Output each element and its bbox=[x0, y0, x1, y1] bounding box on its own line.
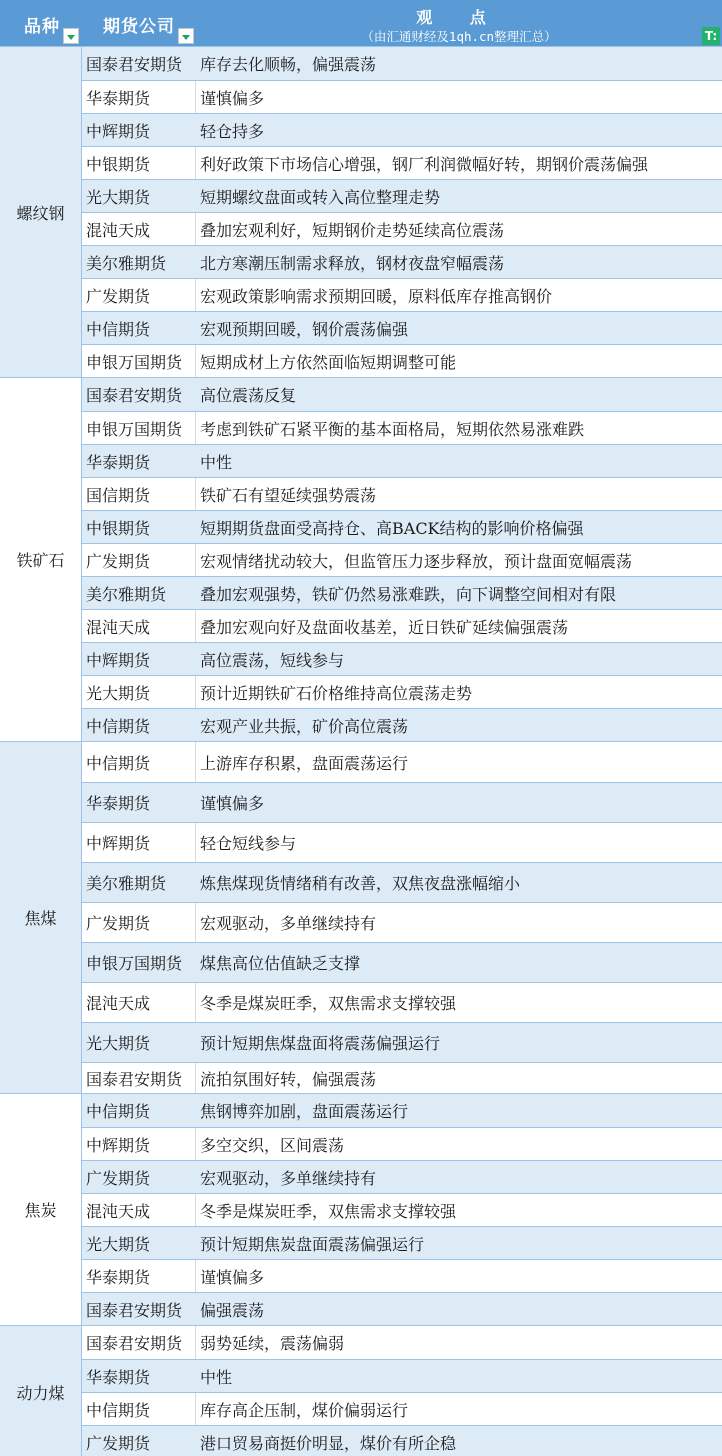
category-group: 动力煤国泰君安期货弱势延续，震荡偏弱华泰期货中性中信期货库存高企压制，煤价偏弱运… bbox=[0, 1326, 722, 1456]
table-row: 混沌天成叠加宏观向好及盘面收基差，近日铁矿延续偏强震荡 bbox=[82, 609, 722, 642]
filter-icon[interactable]: T: bbox=[702, 27, 720, 45]
view-cell[interactable]: 高位震荡反复 bbox=[196, 378, 722, 411]
category-filter-dropdown[interactable] bbox=[63, 28, 79, 44]
table-row: 华泰期货中性 bbox=[82, 444, 722, 477]
view-cell[interactable]: 多空交织，区间震荡 bbox=[196, 1128, 722, 1160]
header-view-label: 观 点 bbox=[196, 5, 722, 28]
category-cell[interactable]: 螺纹钢 bbox=[0, 47, 82, 377]
view-cell[interactable]: 轻仓短线参与 bbox=[196, 823, 722, 862]
company-cell[interactable]: 中信期货 bbox=[82, 709, 196, 741]
view-cell[interactable]: 北方寒潮压制需求释放，钢材夜盘窄幅震荡 bbox=[196, 246, 722, 278]
company-cell[interactable]: 中信期货 bbox=[82, 1094, 196, 1127]
table-row: 国信期货铁矿石有望延续强势震荡 bbox=[82, 477, 722, 510]
view-cell[interactable]: 叠加宏观利好，短期钢价走势延续高位震荡 bbox=[196, 213, 722, 245]
company-cell[interactable]: 美尔雅期货 bbox=[82, 863, 196, 902]
company-cell[interactable]: 光大期货 bbox=[82, 1023, 196, 1062]
category-cell[interactable]: 铁矿石 bbox=[0, 378, 82, 741]
table-row: 混沌天成冬季是煤炭旺季，双焦需求支撑较强 bbox=[82, 982, 722, 1022]
company-cell[interactable]: 国泰君安期货 bbox=[82, 1326, 196, 1359]
view-cell[interactable]: 宏观预期回暖，钢价震荡偏强 bbox=[196, 312, 722, 344]
table-row: 国泰君安期货流拍氛围好转，偏强震荡 bbox=[82, 1062, 722, 1093]
company-cell[interactable]: 美尔雅期货 bbox=[82, 246, 196, 278]
view-cell[interactable]: 宏观驱动，多单继续持有 bbox=[196, 1161, 722, 1193]
view-cell[interactable]: 轻仓持多 bbox=[196, 114, 722, 146]
view-cell[interactable]: 冬季是煤炭旺季，双焦需求支撑较强 bbox=[196, 1194, 722, 1226]
company-cell[interactable]: 国泰君安期货 bbox=[82, 1293, 196, 1325]
view-cell[interactable]: 短期期货盘面受高持仓、高BACK结构的影响价格偏强 bbox=[196, 511, 722, 543]
table-row: 中信期货上游库存积累，盘面震荡运行 bbox=[82, 742, 722, 782]
table-row: 华泰期货中性 bbox=[82, 1359, 722, 1392]
category-group: 焦炭中信期货焦钢博弈加剧，盘面震荡运行中辉期货多空交织，区间震荡广发期货宏观驱动… bbox=[0, 1094, 722, 1326]
view-cell[interactable]: 上游库存积累，盘面震荡运行 bbox=[196, 742, 722, 782]
company-cell[interactable]: 华泰期货 bbox=[82, 783, 196, 822]
view-cell[interactable]: 考虑到铁矿石紧平衡的基本面格局，短期依然易涨难跌 bbox=[196, 412, 722, 444]
header-row: 品种 期货公司 观 点 （由汇通财经及1qh.cn整理汇总） T: bbox=[0, 0, 722, 47]
table-row: 混沌天成叠加宏观利好，短期钢价走势延续高位震荡 bbox=[82, 212, 722, 245]
spreadsheet: 品种 期货公司 观 点 （由汇通财经及1qh.cn整理汇总） T: 螺纹钢国泰君… bbox=[0, 0, 722, 1456]
company-cell[interactable]: 广发期货 bbox=[82, 279, 196, 311]
table-row: 申银万国期货煤焦高位估值缺乏支撑 bbox=[82, 942, 722, 982]
category-group: 铁矿石国泰君安期货高位震荡反复申银万国期货考虑到铁矿石紧平衡的基本面格局，短期依… bbox=[0, 378, 722, 742]
category-cell[interactable]: 焦煤 bbox=[0, 742, 82, 1093]
view-cell[interactable]: 短期成材上方依然面临短期调整可能 bbox=[196, 345, 722, 377]
company-cell[interactable]: 国信期货 bbox=[82, 478, 196, 510]
view-cell[interactable]: 预计短期焦煤盘面将震荡偏强运行 bbox=[196, 1023, 722, 1062]
company-cell[interactable]: 广发期货 bbox=[82, 903, 196, 942]
table-row: 中辉期货轻仓短线参与 bbox=[82, 822, 722, 862]
table-row: 国泰君安期货偏强震荡 bbox=[82, 1292, 722, 1325]
view-cell[interactable]: 冬季是煤炭旺季，双焦需求支撑较强 bbox=[196, 983, 722, 1022]
company-cell[interactable]: 中银期货 bbox=[82, 147, 196, 179]
table-row: 光大期货预计短期焦煤盘面将震荡偏强运行 bbox=[82, 1022, 722, 1062]
view-cell[interactable]: 煤焦高位估值缺乏支撑 bbox=[196, 943, 722, 982]
company-cell[interactable]: 中辉期货 bbox=[82, 1128, 196, 1160]
table-body: 螺纹钢国泰君安期货库存去化顺畅，偏强震荡华泰期货谨慎偏多中辉期货轻仓持多中银期货… bbox=[0, 47, 722, 1456]
view-cell[interactable]: 宏观产业共振，矿价高位震荡 bbox=[196, 709, 722, 741]
category-group: 焦煤中信期货上游库存积累，盘面震荡运行华泰期货谨慎偏多中辉期货轻仓短线参与美尔雅… bbox=[0, 742, 722, 1094]
company-cell[interactable]: 光大期货 bbox=[82, 180, 196, 212]
table-row: 光大期货预计短期焦炭盘面震荡偏强运行 bbox=[82, 1226, 722, 1259]
table-row: 中银期货短期期货盘面受高持仓、高BACK结构的影响价格偏强 bbox=[82, 510, 722, 543]
table-row: 广发期货宏观政策影响需求预期回暖，原料低库存推高钢价 bbox=[82, 278, 722, 311]
table-row: 国泰君安期货库存去化顺畅，偏强震荡 bbox=[82, 47, 722, 80]
table-row: 光大期货短期螺纹盘面或转入高位整理走势 bbox=[82, 179, 722, 212]
table-row: 美尔雅期货叠加宏观强势，铁矿仍然易涨难跌，向下调整空间相对有限 bbox=[82, 576, 722, 609]
company-cell[interactable]: 申银万国期货 bbox=[82, 412, 196, 444]
view-cell[interactable]: 库存去化顺畅，偏强震荡 bbox=[196, 47, 722, 80]
header-view-source: （由汇通财经及1qh.cn整理汇总） bbox=[196, 27, 722, 45]
table-row: 美尔雅期货炼焦煤现货情绪稍有改善，双焦夜盘涨幅缩小 bbox=[82, 862, 722, 902]
table-row: 广发期货宏观驱动，多单继续持有 bbox=[82, 1160, 722, 1193]
view-cell[interactable]: 预计近期铁矿石价格维持高位震荡走势 bbox=[196, 676, 722, 708]
view-cell[interactable]: 谨慎偏多 bbox=[196, 783, 722, 822]
view-cell[interactable]: 炼焦煤现货情绪稍有改善，双焦夜盘涨幅缩小 bbox=[196, 863, 722, 902]
view-cell[interactable]: 铁矿石有望延续强势震荡 bbox=[196, 478, 722, 510]
company-cell[interactable]: 国泰君安期货 bbox=[82, 1063, 196, 1093]
view-cell[interactable]: 宏观情绪扰动较大，但监管压力逐步释放，预计盘面宽幅震荡 bbox=[196, 544, 722, 576]
header-view[interactable]: 观 点 （由汇通财经及1qh.cn整理汇总） bbox=[196, 0, 722, 46]
table-row: 广发期货宏观驱动，多单继续持有 bbox=[82, 902, 722, 942]
company-cell[interactable]: 华泰期货 bbox=[82, 1360, 196, 1392]
company-filter-dropdown[interactable] bbox=[178, 28, 194, 44]
view-cell[interactable]: 叠加宏观强势，铁矿仍然易涨难跌，向下调整空间相对有限 bbox=[196, 577, 722, 609]
company-cell[interactable]: 混沌天成 bbox=[82, 610, 196, 642]
table-row: 中辉期货轻仓持多 bbox=[82, 113, 722, 146]
company-cell[interactable]: 中银期货 bbox=[82, 511, 196, 543]
table-row: 中信期货宏观产业共振，矿价高位震荡 bbox=[82, 708, 722, 741]
company-cell[interactable]: 华泰期货 bbox=[82, 1260, 196, 1292]
company-cell[interactable]: 中信期货 bbox=[82, 312, 196, 344]
view-cell[interactable]: 谨慎偏多 bbox=[196, 81, 722, 113]
header-company-label: 期货公司 bbox=[103, 12, 175, 37]
company-cell[interactable]: 申银万国期货 bbox=[82, 345, 196, 377]
table-row: 申银万国期货考虑到铁矿石紧平衡的基本面格局，短期依然易涨难跌 bbox=[82, 411, 722, 444]
chevron-down-icon bbox=[182, 35, 190, 40]
company-cell[interactable]: 申银万国期货 bbox=[82, 943, 196, 982]
table-row: 申银万国期货短期成材上方依然面临短期调整可能 bbox=[82, 344, 722, 377]
table-row: 华泰期货谨慎偏多 bbox=[82, 1259, 722, 1292]
view-cell[interactable]: 谨慎偏多 bbox=[196, 1260, 722, 1292]
view-cell[interactable]: 高位震荡，短线参与 bbox=[196, 643, 722, 675]
company-cell[interactable]: 中信期货 bbox=[82, 1393, 196, 1425]
view-cell[interactable]: 宏观政策影响需求预期回暖，原料低库存推高钢价 bbox=[196, 279, 722, 311]
view-cell[interactable]: 库存高企压制，煤价偏弱运行 bbox=[196, 1393, 722, 1425]
table-row: 国泰君安期货高位震荡反复 bbox=[82, 378, 722, 411]
company-cell[interactable]: 中辉期货 bbox=[82, 114, 196, 146]
company-cell[interactable]: 华泰期货 bbox=[82, 81, 196, 113]
view-cell[interactable]: 流拍氛围好转，偏强震荡 bbox=[196, 1063, 722, 1093]
header-category-label: 品种 bbox=[24, 12, 60, 37]
company-cell[interactable]: 中辉期货 bbox=[82, 643, 196, 675]
table-row: 广发期货港口贸易商挺价明显，煤价有所企稳 bbox=[82, 1425, 722, 1456]
view-cell[interactable]: 港口贸易商挺价明显，煤价有所企稳 bbox=[196, 1426, 722, 1456]
view-cell[interactable]: 宏观驱动，多单继续持有 bbox=[196, 903, 722, 942]
table-row: 中辉期货高位震荡，短线参与 bbox=[82, 642, 722, 675]
table-row: 国泰君安期货弱势延续，震荡偏弱 bbox=[82, 1326, 722, 1359]
company-cell[interactable]: 混沌天成 bbox=[82, 983, 196, 1022]
table-row: 中银期货利好政策下市场信心增强，钢厂利润微幅好转，期钢价震荡偏强 bbox=[82, 146, 722, 179]
company-cell[interactable]: 中信期货 bbox=[82, 742, 196, 782]
company-cell[interactable]: 美尔雅期货 bbox=[82, 577, 196, 609]
view-cell[interactable]: 短期螺纹盘面或转入高位整理走势 bbox=[196, 180, 722, 212]
company-cell[interactable]: 国泰君安期货 bbox=[82, 378, 196, 411]
chevron-down-icon bbox=[67, 35, 75, 40]
company-cell[interactable]: 中辉期货 bbox=[82, 823, 196, 862]
company-cell[interactable]: 广发期货 bbox=[82, 544, 196, 576]
view-cell[interactable]: 中性 bbox=[196, 1360, 722, 1392]
company-cell[interactable]: 广发期货 bbox=[82, 1161, 196, 1193]
table-row: 中信期货宏观预期回暖，钢价震荡偏强 bbox=[82, 311, 722, 344]
view-cell[interactable]: 预计短期焦炭盘面震荡偏强运行 bbox=[196, 1227, 722, 1259]
view-cell[interactable]: 叠加宏观向好及盘面收基差，近日铁矿延续偏强震荡 bbox=[196, 610, 722, 642]
company-cell[interactable]: 国泰君安期货 bbox=[82, 47, 196, 80]
table-row: 华泰期货谨慎偏多 bbox=[82, 782, 722, 822]
category-group: 螺纹钢国泰君安期货库存去化顺畅，偏强震荡华泰期货谨慎偏多中辉期货轻仓持多中银期货… bbox=[0, 47, 722, 378]
table-row: 中辉期货多空交织，区间震荡 bbox=[82, 1127, 722, 1160]
view-cell[interactable]: 偏强震荡 bbox=[196, 1293, 722, 1325]
view-cell[interactable]: 中性 bbox=[196, 445, 722, 477]
view-cell[interactable]: 弱势延续，震荡偏弱 bbox=[196, 1326, 722, 1359]
company-cell[interactable]: 混沌天成 bbox=[82, 1194, 196, 1226]
company-cell[interactable]: 混沌天成 bbox=[82, 213, 196, 245]
table-row: 混沌天成冬季是煤炭旺季，双焦需求支撑较强 bbox=[82, 1193, 722, 1226]
table-row: 华泰期货谨慎偏多 bbox=[82, 80, 722, 113]
table-row: 美尔雅期货北方寒潮压制需求释放，钢材夜盘窄幅震荡 bbox=[82, 245, 722, 278]
table-row: 广发期货宏观情绪扰动较大，但监管压力逐步释放，预计盘面宽幅震荡 bbox=[82, 543, 722, 576]
category-cell[interactable]: 焦炭 bbox=[0, 1094, 82, 1325]
table-row: 中信期货库存高企压制，煤价偏弱运行 bbox=[82, 1392, 722, 1425]
table-row: 中信期货焦钢博弈加剧，盘面震荡运行 bbox=[82, 1094, 722, 1127]
company-cell[interactable]: 华泰期货 bbox=[82, 445, 196, 477]
view-cell[interactable]: 利好政策下市场信心增强，钢厂利润微幅好转，期钢价震荡偏强 bbox=[196, 147, 722, 179]
company-cell[interactable]: 光大期货 bbox=[82, 676, 196, 708]
company-cell[interactable]: 广发期货 bbox=[82, 1426, 196, 1456]
category-cell[interactable]: 动力煤 bbox=[0, 1326, 82, 1456]
company-cell[interactable]: 光大期货 bbox=[82, 1227, 196, 1259]
table-row: 光大期货预计近期铁矿石价格维持高位震荡走势 bbox=[82, 675, 722, 708]
view-cell[interactable]: 焦钢博弈加剧，盘面震荡运行 bbox=[196, 1094, 722, 1127]
